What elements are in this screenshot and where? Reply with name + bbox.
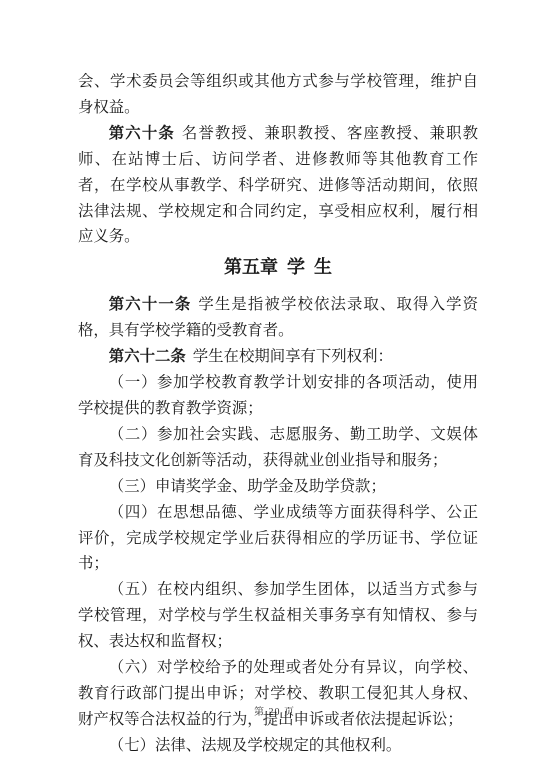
page-footer: 第 20 页	[0, 706, 549, 720]
article-62-text: 学生在校期间享有下列权利：	[193, 348, 393, 365]
page-number: 第 20 页	[254, 707, 295, 718]
list-item-5: （五）在校内组织、参加学生团体，以适当方式参与学校管理，对学校与学生权益相关事务…	[78, 577, 478, 655]
article-61-paragraph: 第六十一条学生是指被学校依法录取、取得入学资格，具有学校学籍的受教育者。	[78, 292, 478, 344]
list-item-3: （三）申请奖学金、助学金及助学贷款；	[78, 474, 478, 500]
article-60-text: 名誉教授、兼职教授、客座教授、兼职教师、在站博士后、访问学者、进修教师等其他教育…	[78, 125, 478, 246]
article-62-number: 第六十二条	[109, 348, 186, 365]
article-60-number: 第六十条	[109, 125, 175, 142]
document-page: 会、学术委员会等组织或其他方式参与学校管理，维护自身权益。 第六十条名誉教授、兼…	[0, 0, 549, 777]
page-body: 会、学术委员会等组织或其他方式参与学校管理，维护自身权益。 第六十条名誉教授、兼…	[78, 69, 478, 759]
list-item-4: （四）在思想品德、学业成绩等方面获得科学、公正评价，完成学校规定学业后获得相应的…	[78, 500, 478, 578]
list-item-6: （六）对学校给予的处理或者处分有异议，向学校、教育行政部门提出申诉；对学校、教职…	[78, 655, 478, 733]
article-62-paragraph: 第六十二条学生在校期间享有下列权利：	[78, 344, 478, 370]
article-61-number: 第六十一条	[109, 296, 192, 313]
paragraph-continuation: 会、学术委员会等组织或其他方式参与学校管理，维护自身权益。	[78, 69, 478, 121]
chapter-heading: 第五章 学 生	[78, 254, 478, 281]
list-item-2: （二）参加社会实践、志愿服务、勤工助学、文娱体育及科技文化创新等活动，获得就业创…	[78, 422, 478, 474]
list-item-1: （一）参加学校教育教学计划安排的各项活动，使用学校提供的教育教学资源；	[78, 370, 478, 422]
list-item-7: （七）法律、法规及学校规定的其他权利。	[78, 733, 478, 759]
article-60-paragraph: 第六十条名誉教授、兼职教授、客座教授、兼职教师、在站博士后、访问学者、进修教师等…	[78, 121, 478, 251]
